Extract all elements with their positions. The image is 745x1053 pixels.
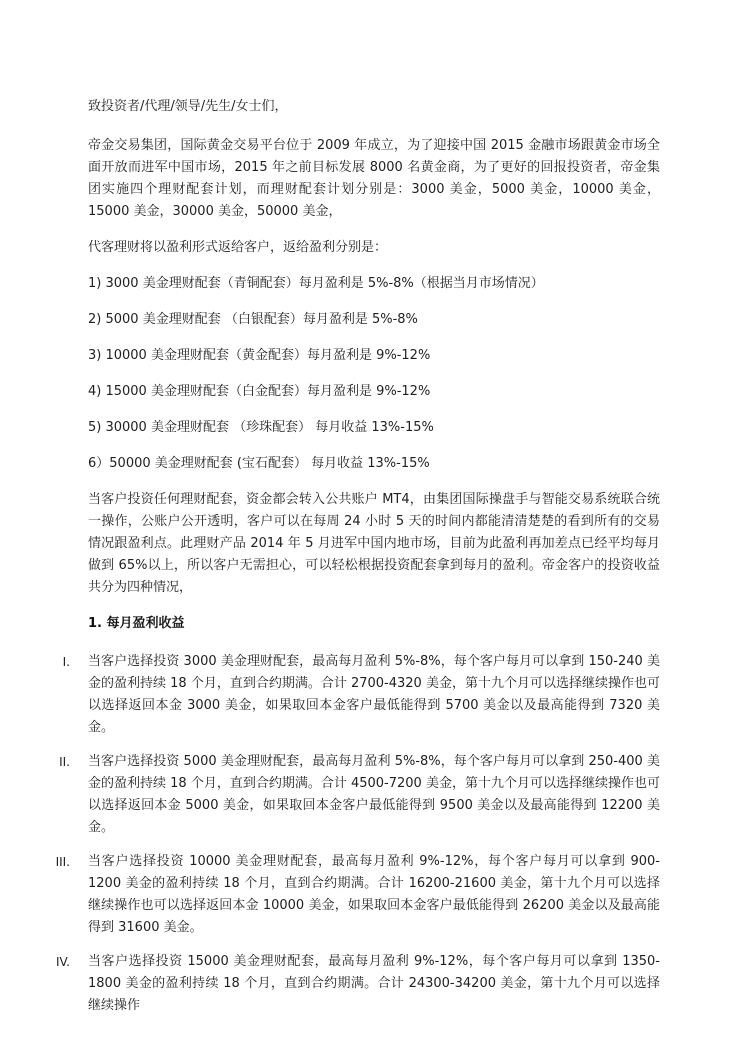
profit-intro-paragraph: 代客理财将以盈利形式返给客户，返给盈利分别是：: [88, 237, 660, 259]
document-page: 致投资者/代理/领导/先生/女士们， 帝金交易集团，国际黄金交易平台位于 200…: [0, 0, 745, 1053]
package-item-pearl: 5) 30000 美金理财配套 （珍珠配套） 每月收益 13%-15%: [88, 417, 660, 439]
income-item-4-text: 当客户选择投资 15000 美金理财配套，最高每月盈利 9%-12%，每个客户每…: [88, 951, 660, 1017]
section-heading-monthly-profit: 1. 每月盈利收益: [88, 613, 660, 635]
intro-paragraph: 帝金交易集团，国际黄金交易平台位于 2009 年成立，为了迎接中国 2015 金…: [88, 135, 660, 223]
operation-paragraph: 当客户投资任何理财配套，资金都会转入公共账户 MT4，由集团国际操盘手与智能交易…: [88, 489, 660, 599]
income-item-1: I. 当客户选择投资 3000 美金理财配套，最高每月盈利 5%-8%，每个客户…: [88, 651, 660, 739]
income-item-2: II. 当客户选择投资 5000 美金理财配套，最高每月盈利 5%-8%，每个客…: [88, 751, 660, 839]
package-item-gem: 6）50000 美金理财配套 (宝石配套） 每月收益 13%-15%: [88, 453, 660, 475]
income-item-1-numeral: I.: [63, 651, 70, 673]
income-item-3-numeral: III.: [56, 851, 70, 873]
income-item-3: III. 当客户选择投资 10000 美金理财配套，最高每月盈利 9%-12%，…: [88, 851, 660, 939]
package-item-platinum: 4) 15000 美金理财配套（白金配套）每月盈利是 9%-12%: [88, 381, 660, 403]
package-item-gold: 3) 10000 美金理财配套（黄金配套）每月盈利是 9%-12%: [88, 345, 660, 367]
income-item-1-text: 当客户选择投资 3000 美金理财配套，最高每月盈利 5%-8%，每个客户每月可…: [88, 651, 660, 739]
package-item-bronze: 1) 3000 美金理财配套（青铜配套）每月盈利是 5%-8%（根据当月市场情况…: [88, 273, 660, 295]
package-item-silver: 2) 5000 美金理财配套 （白银配套）每月盈利是 5%-8%: [88, 309, 660, 331]
greeting-line: 致投资者/代理/领导/先生/女士们，: [88, 96, 660, 118]
income-item-3-text: 当客户选择投资 10000 美金理财配套，最高每月盈利 9%-12%，每个客户每…: [88, 851, 660, 939]
income-item-2-numeral: II.: [59, 751, 70, 773]
income-item-2-text: 当客户选择投资 5000 美金理财配套，最高每月盈利 5%-8%，每个客户每月可…: [88, 751, 660, 839]
income-item-4-numeral: IV.: [56, 951, 70, 973]
income-item-4: IV. 当客户选择投资 15000 美金理财配套，最高每月盈利 9%-12%，每…: [88, 951, 660, 1017]
